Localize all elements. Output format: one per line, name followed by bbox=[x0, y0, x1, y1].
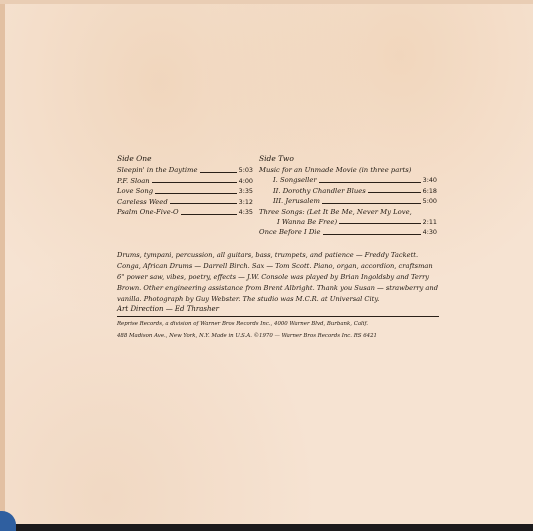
side-two-title: Side Two bbox=[259, 154, 437, 163]
track-row: II. Dorothy Chandler Blues6:18 bbox=[259, 186, 437, 197]
track-row: I Wanna Be Free)2:11 bbox=[259, 217, 437, 228]
side-two-tracklist: Side Two Music for an Unmade Movie (in t… bbox=[259, 154, 437, 238]
suite-title: Music for an Unmade Movie (in three part… bbox=[259, 165, 437, 175]
track-row: Careless Weed3:12 bbox=[117, 197, 253, 208]
track-row: Once Before I Die4:30 bbox=[259, 227, 437, 238]
track-row: Love Song3:35 bbox=[117, 186, 253, 197]
art-direction-credit: Art Direction — Ed Thrasher bbox=[117, 305, 437, 313]
album-back-cover: Side One Sleepin' in the Daytime5:03 P.F… bbox=[0, 0, 533, 524]
track-row: I. Songseller3:40 bbox=[259, 175, 437, 186]
track-row: III. Jerusalem5:00 bbox=[259, 196, 437, 207]
track-row: Psalm One-Five-O4:35 bbox=[117, 207, 253, 218]
divider bbox=[117, 316, 439, 317]
side-one-tracklist: Side One Sleepin' in the Daytime5:03 P.F… bbox=[117, 154, 253, 238]
musician-credits: Drums, tympani, percussion, all guitars,… bbox=[117, 250, 439, 305]
track-row: P.F. Sloan4:00 bbox=[117, 176, 253, 187]
track-row: Sleepin' in the Daytime5:03 bbox=[117, 165, 253, 176]
label-info-line-1: Reprise Records, a division of Warner Br… bbox=[117, 320, 437, 329]
track-name-line: Three Songs: (Let It Be Me, Never My Lov… bbox=[259, 207, 437, 217]
side-one-title: Side One bbox=[117, 154, 253, 163]
liner-notes: Side One Sleepin' in the Daytime5:03 P.F… bbox=[117, 154, 437, 341]
label-info-line-2: 488 Madison Ave., New York, N.Y. Made in… bbox=[117, 332, 437, 341]
